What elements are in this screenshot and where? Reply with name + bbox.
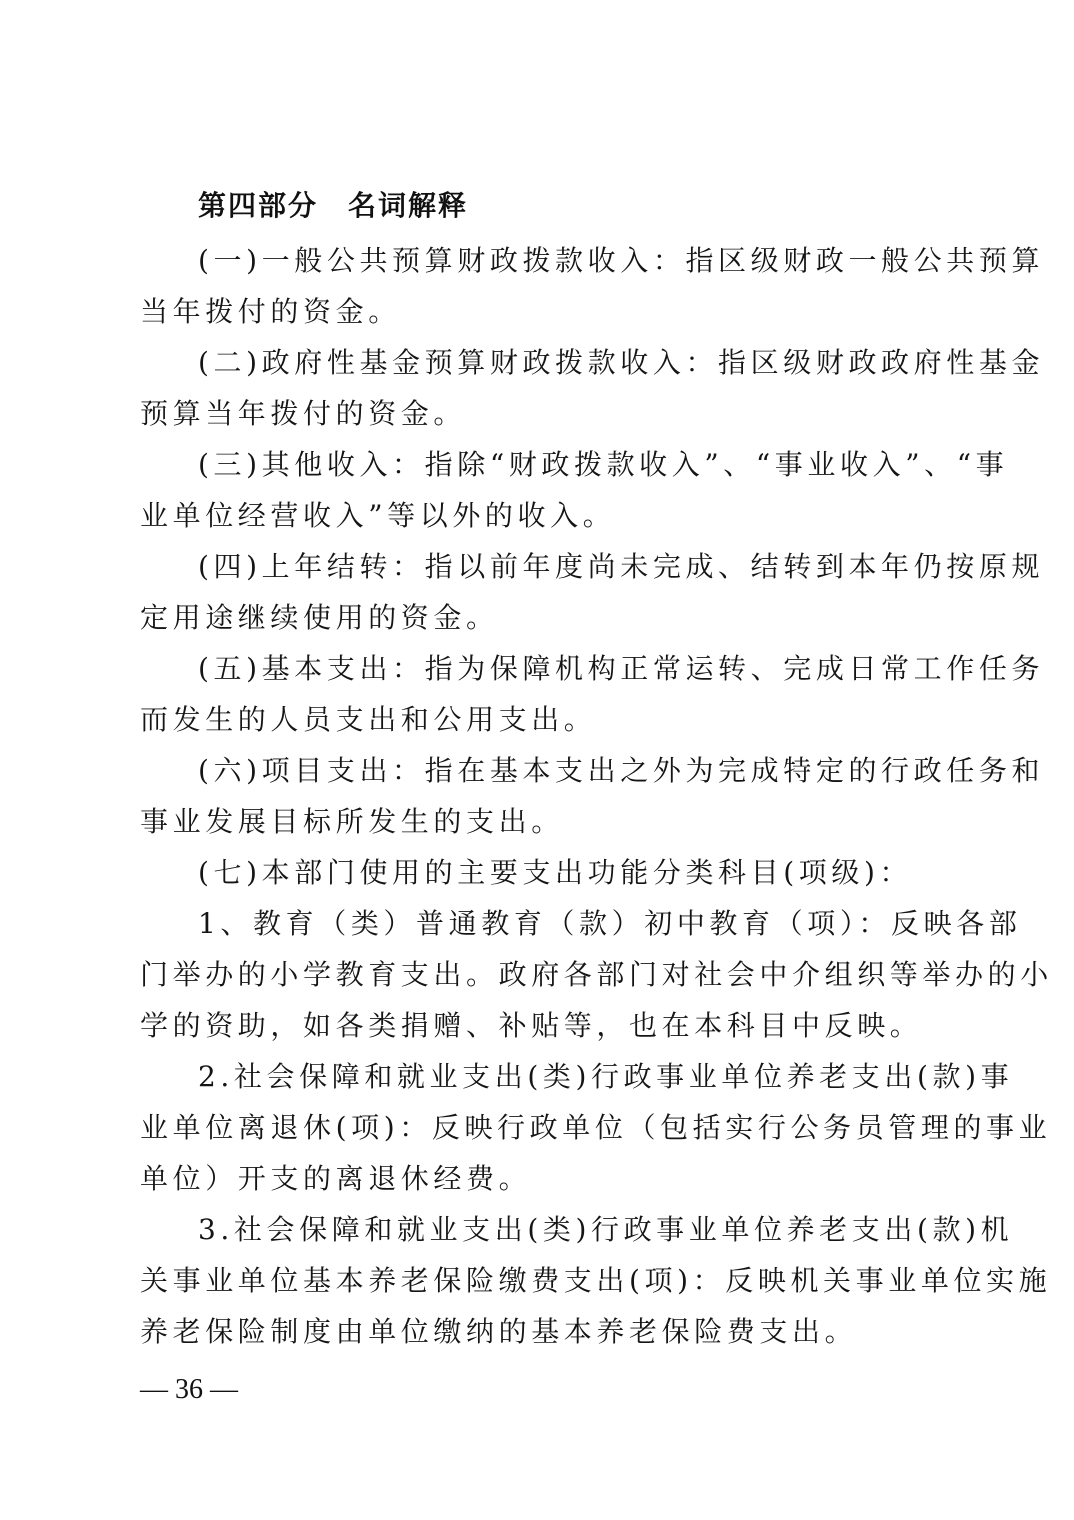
- paragraph-6-line-2: 事业发展目标所发生的支出。: [140, 796, 940, 847]
- paragraph-1-line-2: 当年拨付的资金。: [140, 286, 940, 337]
- paragraph-8-line-3: 学的资助，如各类捐赠、补贴等，也在本科目中反映。: [140, 1000, 940, 1051]
- paragraph-8-line-1: 1、教育（类）普通教育（款）初中教育（项）：反映各部: [140, 898, 940, 949]
- paragraph-5-line-1: (五)基本支出：指为保障机构正常运转、完成日常工作任务: [140, 643, 940, 694]
- paragraph-9-line-2: 业单位离退休(项)：反映行政单位（包括实行公务员管理的事业: [140, 1102, 940, 1153]
- paragraph-6-line-1: (六)项目支出：指在基本支出之外为完成特定的行政任务和: [140, 745, 940, 796]
- definitions-body: (一)一般公共预算财政拨款收入：指区级财政一般公共预算 当年拨付的资金。 (二)…: [140, 235, 940, 1357]
- paragraph-9-line-1: 2.社会保障和就业支出(类)行政事业单位养老支出(款)事: [140, 1051, 940, 1102]
- paragraph-10-line-2: 关事业单位基本养老保险缴费支出(项)：反映机关事业单位实施: [140, 1255, 940, 1306]
- section-heading: 第四部分 名词解释: [198, 184, 468, 224]
- paragraph-10-line-3: 养老保险制度由单位缴纳的基本养老保险费支出。: [140, 1306, 940, 1357]
- paragraph-5-line-2: 而发生的人员支出和公用支出。: [140, 694, 940, 745]
- paragraph-2-line-2: 预算当年拨付的资金。: [140, 388, 940, 439]
- paragraph-3-line-2: 业单位经营收入”等以外的收入。: [140, 490, 940, 541]
- paragraph-10-line-1: 3.社会保障和就业支出(类)行政事业单位养老支出(款)机: [140, 1204, 940, 1255]
- paragraph-8-line-2: 门举办的小学教育支出。政府各部门对社会中介组织等举办的小: [140, 949, 940, 1000]
- paragraph-4-line-2: 定用途继续使用的资金。: [140, 592, 940, 643]
- paragraph-9-line-3: 单位）开支的离退休经费。: [140, 1153, 940, 1204]
- paragraph-7-line-1: (七)本部门使用的主要支出功能分类科目(项级)：: [140, 847, 940, 898]
- page-number: — 36 —: [140, 1374, 238, 1406]
- document-page: 第四部分 名词解释 (一)一般公共预算财政拨款收入：指区级财政一般公共预算 当年…: [0, 0, 1074, 1520]
- paragraph-1-line-1: (一)一般公共预算财政拨款收入：指区级财政一般公共预算: [140, 235, 940, 286]
- paragraph-3-line-1: (三)其他收入：指除“财政拨款收入”、“事业收入”、“事: [140, 439, 940, 490]
- paragraph-2-line-1: (二)政府性基金预算财政拨款收入：指区级财政政府性基金: [140, 337, 940, 388]
- paragraph-4-line-1: (四)上年结转：指以前年度尚未完成、结转到本年仍按原规: [140, 541, 940, 592]
